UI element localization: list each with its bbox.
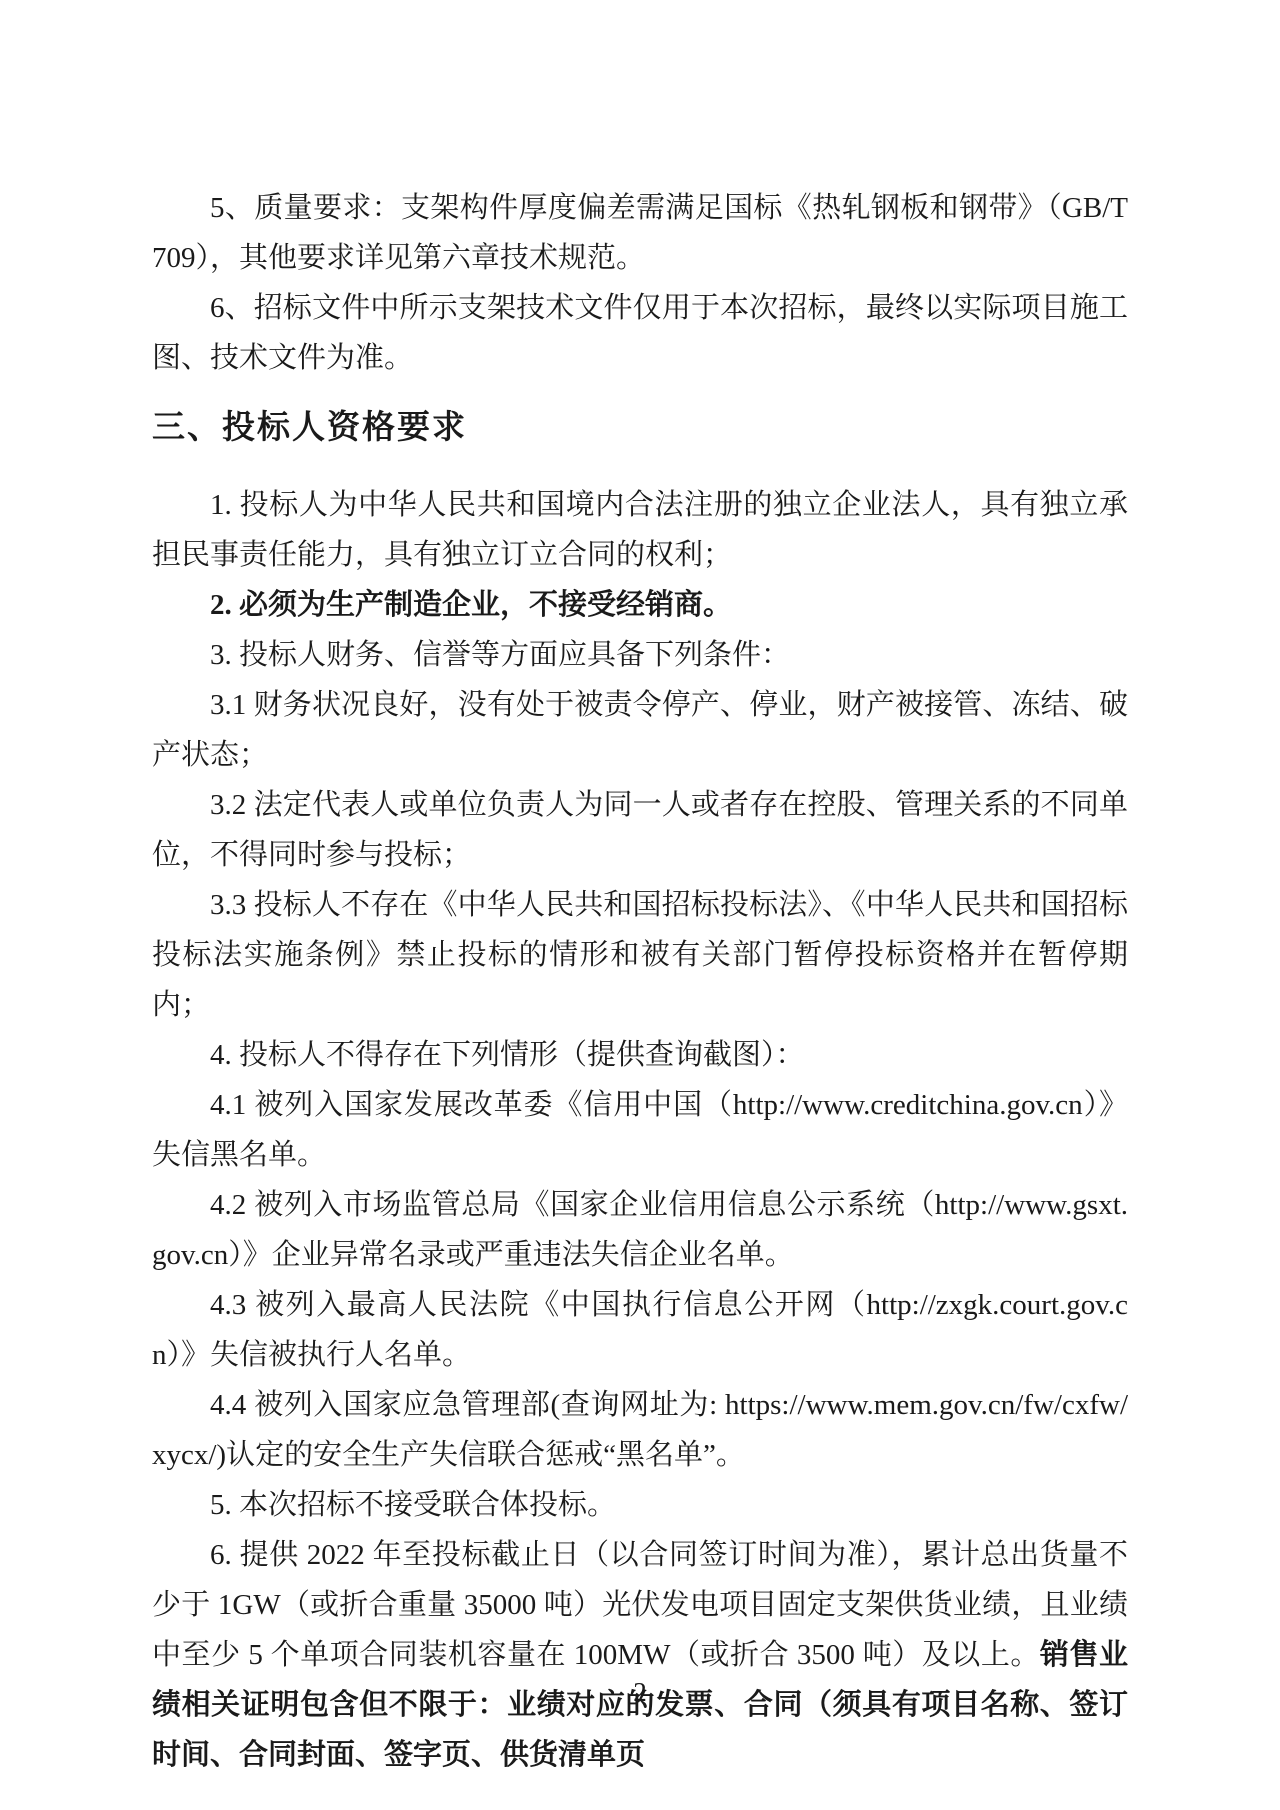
- text-run: 4.2 被列入市场监管总局《国家企业信用信息公示系统（http://www.gs…: [152, 1189, 1128, 1271]
- text-run: 3.1 财务状况良好，没有处于被责令停产、停业，财产被接管、冻结、破产状态；: [152, 689, 1128, 771]
- para-item-4-no-following-situations: 4. 投标人不得存在下列情形（提供查询截图）：: [152, 1030, 1128, 1080]
- text-run: 5. 本次招标不接受联合体投标。: [210, 1489, 616, 1521]
- para-item-5-no-consortium: 5. 本次招标不接受联合体投标。: [152, 1480, 1128, 1530]
- para-item-3-finance-credit: 3. 投标人财务、信誉等方面应具备下列条件：: [152, 630, 1128, 680]
- para-item-3-3-not-banned: 3.3 投标人不存在《中华人民共和国招标投标法》、《中华人民共和国招标投标法实施…: [152, 880, 1128, 1030]
- para-5-quality-requirement: 5、质量要求：支架构件厚度偏差需满足国标《热轧钢板和钢带》（GB/T709），其…: [152, 183, 1128, 283]
- text-run: 3.2 法定代表人或单位负责人为同一人或者存在控股、管理关系的不同单位，不得同时…: [152, 789, 1128, 871]
- para-item-3-2-same-legal-representative: 3.2 法定代表人或单位负责人为同一人或者存在控股、管理关系的不同单位，不得同时…: [152, 780, 1128, 880]
- para-item-3-1-financial-status: 3.1 财务状况良好，没有处于被责令停产、停业，财产被接管、冻结、破产状态；: [152, 680, 1128, 780]
- text-run-bold: 2. 必须为生产制造企业，不接受经销商。: [210, 589, 732, 621]
- text-run: 6、招标文件中所示支架技术文件仅用于本次招标，最终以实际项目施工图、技术文件为准…: [152, 292, 1128, 374]
- para-item-6-performance-requirement: 6. 提供 2022 年至投标截止日（以合同签订时间为准），累计总出货量不少于 …: [152, 1530, 1128, 1780]
- page-footer: 2: [0, 1676, 1280, 1708]
- para-item-4-2-gsxt-abnormal-list: 4.2 被列入市场监管总局《国家企业信用信息公示系统（http://www.gs…: [152, 1180, 1128, 1280]
- para-item-4-3-court-dishonest-list: 4.3 被列入最高人民法院《中国执行信息公开网（http://zxgk.cour…: [152, 1280, 1128, 1380]
- text-run-bold: 三、投标人资格要求: [152, 410, 467, 446]
- document-page: 5、质量要求：支架构件厚度偏差需满足国标《热轧钢板和钢带》（GB/T709），其…: [0, 0, 1280, 1810]
- page-number: 2: [633, 1677, 647, 1707]
- text-run: 4.1 被列入国家发展改革委《信用中国（http://www.creditchi…: [152, 1089, 1128, 1171]
- text-run: 1. 投标人为中华人民共和国境内合法注册的独立企业法人，具有独立承担民事责任能力…: [152, 489, 1128, 571]
- text-run: 4.4 被列入国家应急管理部(查询网址为: https://www.mem.go…: [152, 1389, 1128, 1471]
- text-run: 4.3 被列入最高人民法院《中国执行信息公开网（http://zxgk.cour…: [152, 1289, 1128, 1371]
- para-item-4-1-creditchina-blacklist: 4.1 被列入国家发展改革委《信用中国（http://www.creditchi…: [152, 1080, 1128, 1180]
- document-body: 5、质量要求：支架构件厚度偏差需满足国标《热轧钢板和钢带》（GB/T709），其…: [152, 183, 1128, 1780]
- text-run: 6. 提供 2022 年至投标截止日（以合同签订时间为准），累计总出货量不少于 …: [152, 1539, 1128, 1671]
- para-6-tender-documents: 6、招标文件中所示支架技术文件仅用于本次招标，最终以实际项目施工图、技术文件为准…: [152, 283, 1128, 383]
- heading-section-3-bidder-qualification: 三、投标人资格要求: [152, 401, 1128, 455]
- text-run: 5、质量要求：支架构件厚度偏差需满足国标《热轧钢板和钢带》（GB/T709），其…: [152, 192, 1128, 274]
- text-run: 3. 投标人财务、信誉等方面应具备下列条件：: [210, 639, 790, 671]
- para-item-2-manufacturer-only: 2. 必须为生产制造企业，不接受经销商。: [152, 580, 1128, 630]
- para-item-4-4-mem-blacklist: 4.4 被列入国家应急管理部(查询网址为: https://www.mem.go…: [152, 1380, 1128, 1480]
- text-run: 3.3 投标人不存在《中华人民共和国招标投标法》、《中华人民共和国招标投标法实施…: [152, 889, 1128, 1021]
- text-run: 4. 投标人不得存在下列情形（提供查询截图）：: [210, 1039, 805, 1071]
- para-item-1-legal-entity: 1. 投标人为中华人民共和国境内合法注册的独立企业法人，具有独立承担民事责任能力…: [152, 480, 1128, 580]
